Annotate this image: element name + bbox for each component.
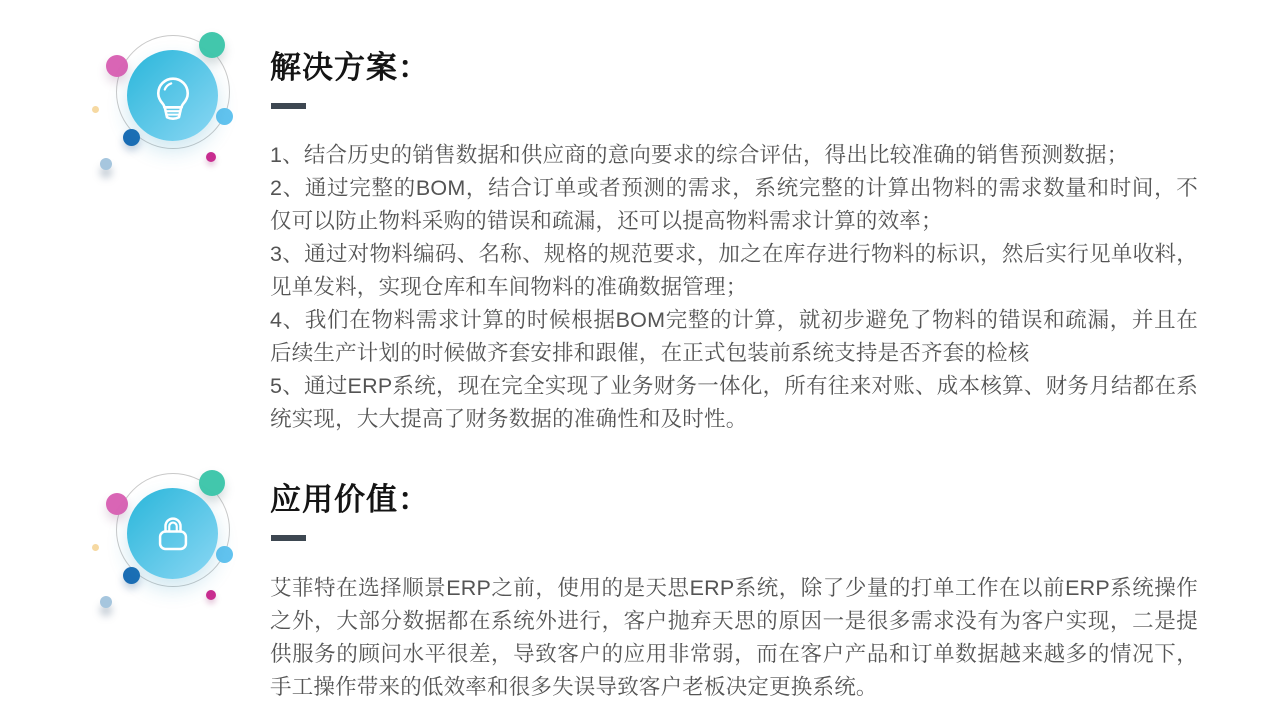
value-badge [127, 488, 218, 579]
decor-dot [123, 129, 140, 146]
solution-item: 3、通过对物料编码、名称、规格的规范要求，加之在库存进行物料的标识，然后实行见单… [270, 238, 1198, 304]
solution-item: 4、我们在物料需求计算的时候根据BOM完整的计算，就初步避免了物料的错误和疏漏，… [270, 304, 1198, 370]
lightbulb-icon [147, 70, 199, 122]
solution-item: 5、通过ERP系统，现在完全实现了业务财务一体化，所有往来对账、成本核算、财务月… [270, 370, 1198, 436]
decor-dot [216, 546, 233, 563]
decor-dot [106, 493, 128, 515]
solution-icon-cluster [70, 10, 255, 185]
decor-dot [206, 590, 216, 600]
decor-dot [216, 108, 233, 125]
solution-item: 1、结合历史的销售数据和供应商的意向要求的综合评估，得出比较准确的销售预测数据； [270, 139, 1198, 172]
decor-dot [100, 596, 112, 608]
solution-item: 2、通过完整的BOM，结合订单或者预测的需求，系统完整的计算出物料的需求数量和时… [270, 172, 1198, 238]
decor-dot [123, 567, 140, 584]
solution-heading: 解决方案： [270, 50, 430, 86]
slide: 解决方案： 1、结合历史的销售数据和供应商的意向要求的综合评估，得出比较准确的销… [0, 0, 1264, 712]
decor-dot [92, 544, 99, 551]
solution-badge [127, 50, 218, 141]
decor-dot [106, 55, 128, 77]
decor-dot [199, 470, 225, 496]
value-paragraph-block: 艾菲特在选择顺景ERP之前，使用的是天思ERP系统，除了少量的打单工作在以前ER… [270, 572, 1198, 704]
value-icon-cluster [70, 448, 255, 623]
heading-underline-dash [271, 103, 306, 109]
heading-underline-dash [271, 535, 306, 541]
padlock-icon [148, 509, 198, 559]
solution-list: 1、结合历史的销售数据和供应商的意向要求的综合评估，得出比较准确的销售预测数据；… [270, 139, 1198, 436]
value-paragraph: 艾菲特在选择顺景ERP之前，使用的是天思ERP系统，除了少量的打单工作在以前ER… [270, 572, 1198, 704]
value-heading: 应用价值： [270, 482, 430, 518]
decor-dot [199, 32, 225, 58]
decor-dot [92, 106, 99, 113]
decor-dot [206, 152, 216, 162]
decor-dot [100, 158, 112, 170]
